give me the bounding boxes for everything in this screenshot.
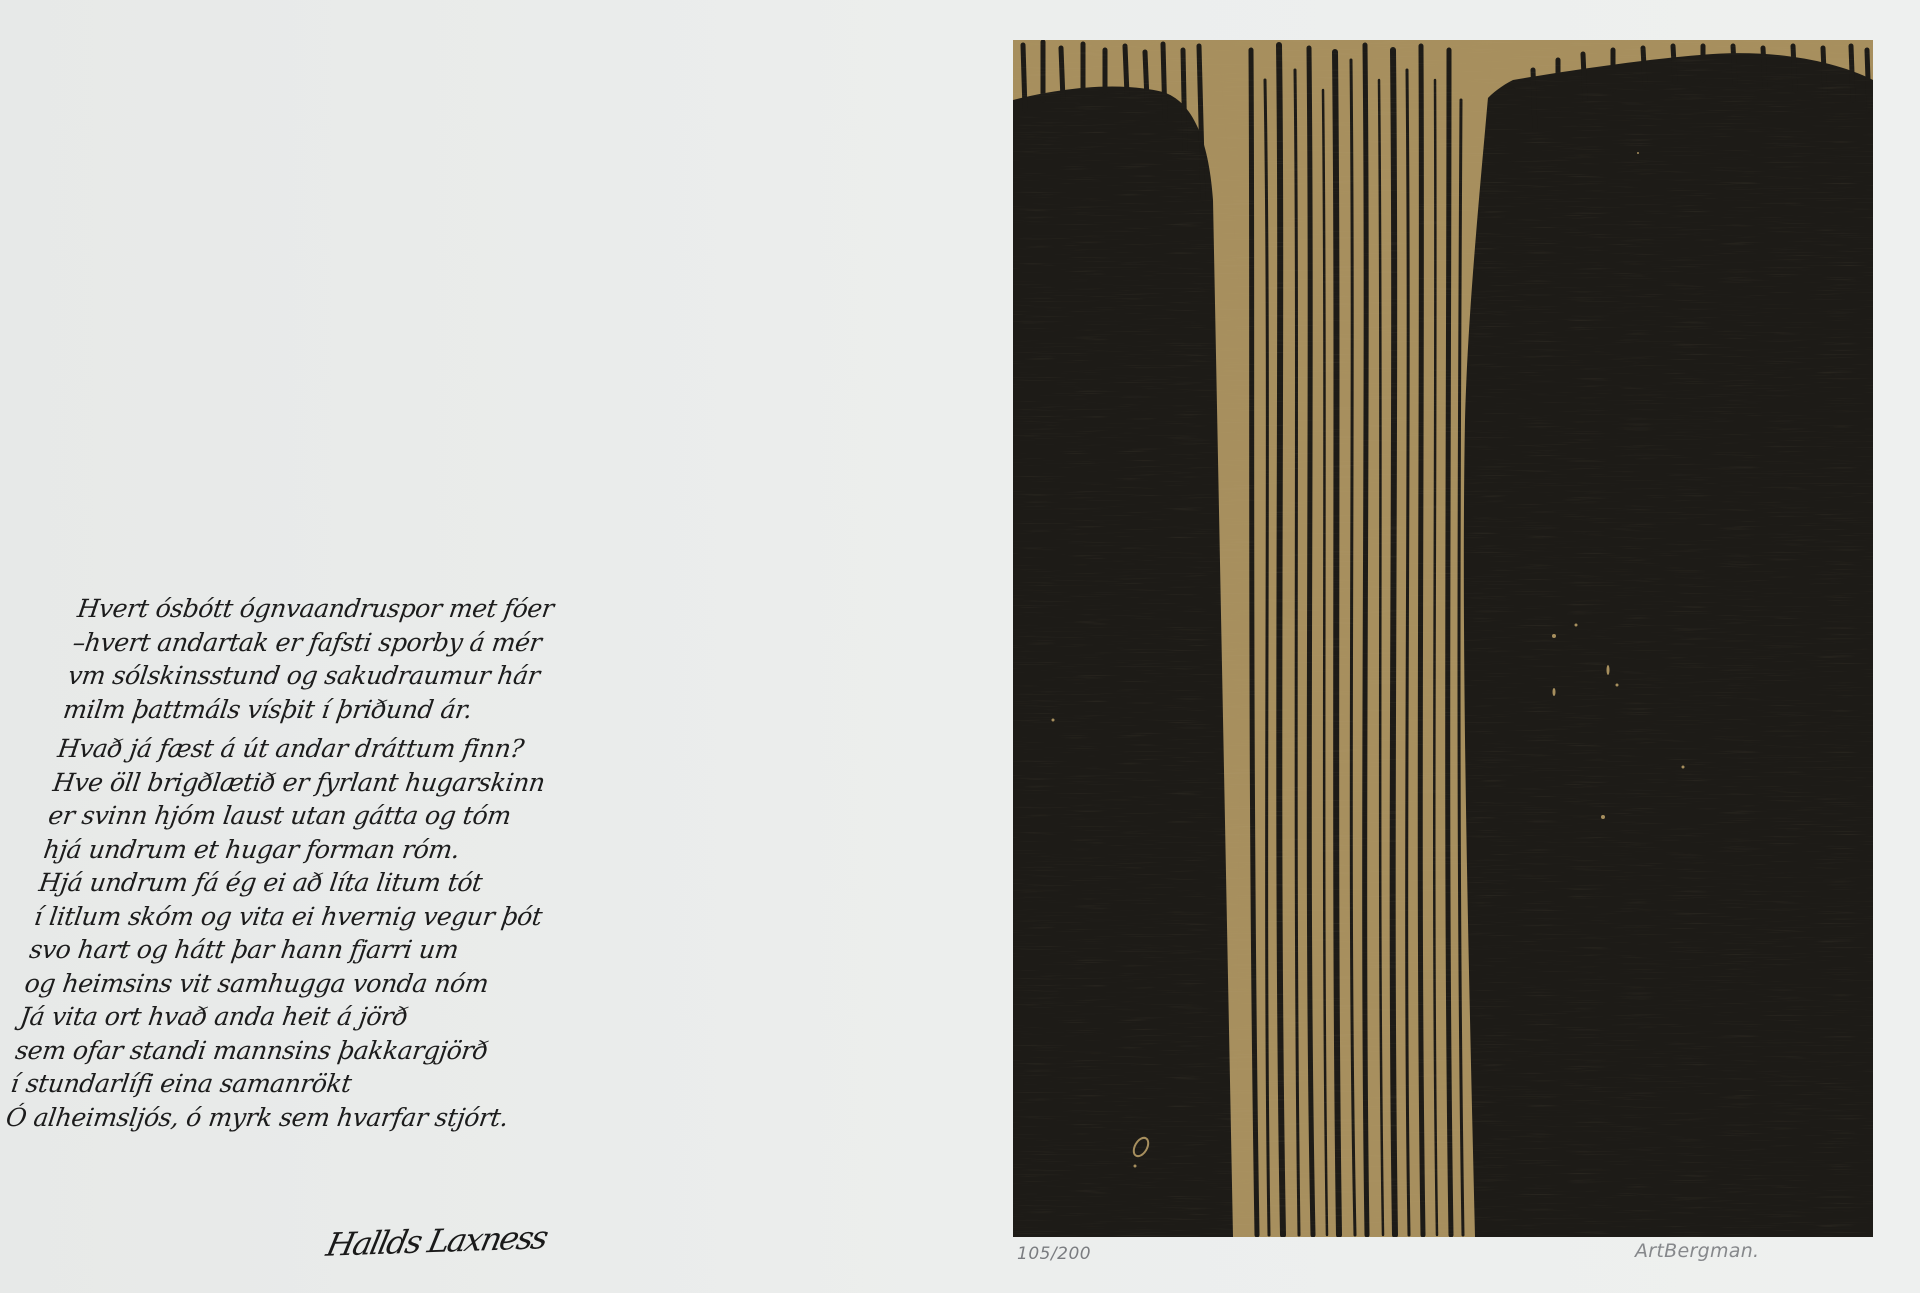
poem-line: Hvað já fæst á út andar dráttum finn? bbox=[56, 732, 661, 766]
woodcut-image bbox=[1013, 40, 1873, 1237]
poem-line: vm sólskinsstund og sakudraumur hár bbox=[66, 659, 671, 693]
poem-line: Ó alheimsljós, ó myrk sem hvarfar stjórt… bbox=[4, 1101, 609, 1135]
poem-line: og heimsins vit samhugga vonda nóm bbox=[23, 967, 628, 1001]
poem-line: er svinn hjóm laust utan gátta og tóm bbox=[46, 799, 651, 833]
poem-line: Hvert ósbótt ógnvaandruspor met fóer bbox=[75, 592, 680, 626]
poem-line: Hve öll brigðlætið er fyrlant hugarskinn bbox=[51, 766, 656, 800]
poem-line: svo hart og hátt þar hann fjarri um bbox=[27, 933, 632, 967]
paper-sheet: Hvert ósbótt ógnvaandruspor met fóer –hv… bbox=[0, 0, 1920, 1293]
poem-line: milm þattmáls vísþit í þriðund ár. bbox=[61, 693, 666, 727]
poem-line: Já vita ort hvað anda heit á jörð bbox=[18, 1000, 623, 1034]
poem-line: –hvert andartak er fafsti sporby á mér bbox=[71, 626, 676, 660]
poem-line: hjá undrum et hugar forman róm. bbox=[41, 833, 646, 867]
poem-line: í litlum skóm og vita ei hvernig vegur þ… bbox=[32, 900, 637, 934]
poem-line: í stundarlífi eina samanrökt bbox=[9, 1067, 614, 1101]
poem-line: Hjá undrum fá ég ei að líta litum tót bbox=[37, 866, 642, 900]
edition-number: 105/200 bbox=[1017, 1244, 1091, 1264]
poet-signature: Hallds Laxness bbox=[323, 1218, 550, 1264]
poem-line: sem ofar standi mannsins þakkargjörð bbox=[13, 1034, 618, 1068]
handwritten-poem: Hvert ósbótt ógnvaandruspor met fóer –hv… bbox=[4, 592, 680, 1134]
woodcut-print bbox=[1013, 40, 1873, 1237]
artist-signature: ArtBergman. bbox=[1635, 1240, 1759, 1262]
